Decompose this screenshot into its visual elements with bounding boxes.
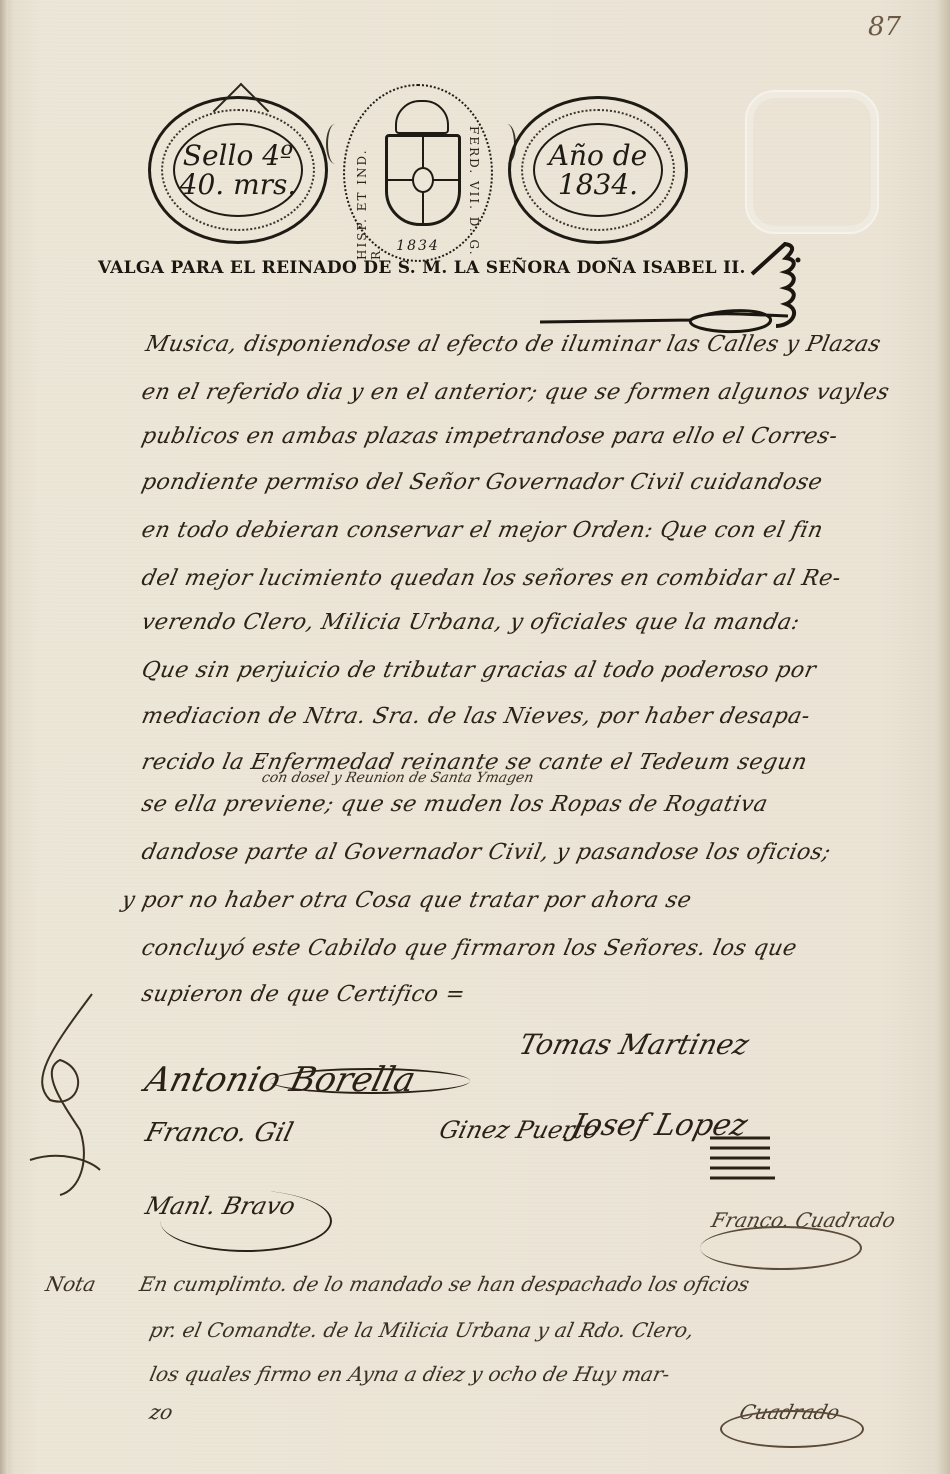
embossed-dry-seal [745, 90, 879, 234]
laurel-branch-icon [326, 124, 344, 164]
stamped-paper-seal: Sello 4º 40. mrs. HISP. ET IND. R. FERD.… [148, 84, 688, 264]
page-edge [938, 0, 950, 1474]
nota-label: Nota [43, 1272, 98, 1296]
folio-number: 87 [868, 12, 901, 42]
signature-tomas-martinez: Tomas Martinez [516, 1028, 752, 1061]
rubric-lines-icon [700, 1130, 780, 1185]
body-line: publicos en ambas plazas impetrandose pa… [139, 424, 840, 449]
body-line: mediacion de Ntra. Sra. de las Nieves, p… [139, 704, 812, 729]
body-line: dandose parte al Governador Civil, y pas… [139, 840, 833, 865]
sello-price: 40. mrs. [180, 170, 297, 199]
year-oval: Año de 1834. [508, 96, 688, 244]
signature-flourish [270, 1068, 470, 1094]
shield-icon [385, 134, 461, 226]
year-label: Año de [549, 141, 648, 170]
body-line: verendo Clero, Milicia Urbana, y oficial… [139, 610, 802, 635]
body-line: pondiente permiso del Señor Governador C… [139, 470, 824, 495]
body-line: Musica, disponiendose al efecto de ilumi… [143, 332, 883, 357]
nota-line: los quales firmo en Ayna a diez y ocho d… [147, 1362, 672, 1386]
body-line: concluyó este Cabildo que firmaron los S… [139, 936, 799, 961]
body-line: supieron de que Certifico = [139, 982, 467, 1007]
signature-flourish [700, 1226, 862, 1270]
body-line: en el referido dia y en el anterior; que… [139, 380, 891, 405]
signature-flourish [160, 1190, 332, 1252]
signature-flourish [720, 1410, 864, 1448]
binding-edge [0, 0, 8, 1474]
interlinear-insertion: con dosel y Reunion de Santa Ymagen [260, 770, 535, 786]
seal-legend-right: FERD. VII. D. G. [467, 126, 481, 257]
royal-coat-of-arms: HISP. ET IND. R. FERD. VII. D. G. 1834 [343, 84, 493, 262]
body-line: y por no haber otra Cosa que tratar por … [119, 888, 694, 913]
diamond-ornament [213, 83, 270, 140]
year-value: 1834. [558, 170, 638, 199]
rubric-flourish-icon [540, 240, 810, 340]
nota-line: En cumplimto. de lo mandado se han despa… [137, 1272, 751, 1296]
nota-line: zo [147, 1400, 175, 1424]
body-line: del mejor lucimiento quedan los señores … [139, 566, 843, 591]
crown-icon [395, 100, 449, 134]
seal-year: 1834 [345, 238, 491, 254]
sello-oval: Sello 4º 40. mrs. [148, 96, 328, 244]
body-line: Que sin perjuicio de tributar gracias al… [139, 658, 818, 683]
signature-francisco-gil: Franco. Gil [142, 1118, 296, 1148]
body-line: se ella previene; que se muden los Ropas… [139, 792, 770, 817]
nota-line: pr. el Comandte. de la Milicia Urbana y … [147, 1318, 696, 1342]
manuscript-page: 87 Sello 4º 40. mrs. HISP. ET IND. R. FE… [0, 0, 950, 1474]
sello-class: Sello 4º [183, 141, 293, 170]
margin-flourish-icon [20, 990, 110, 1200]
body-line: en todo debieran conservar el mejor Orde… [139, 518, 825, 543]
